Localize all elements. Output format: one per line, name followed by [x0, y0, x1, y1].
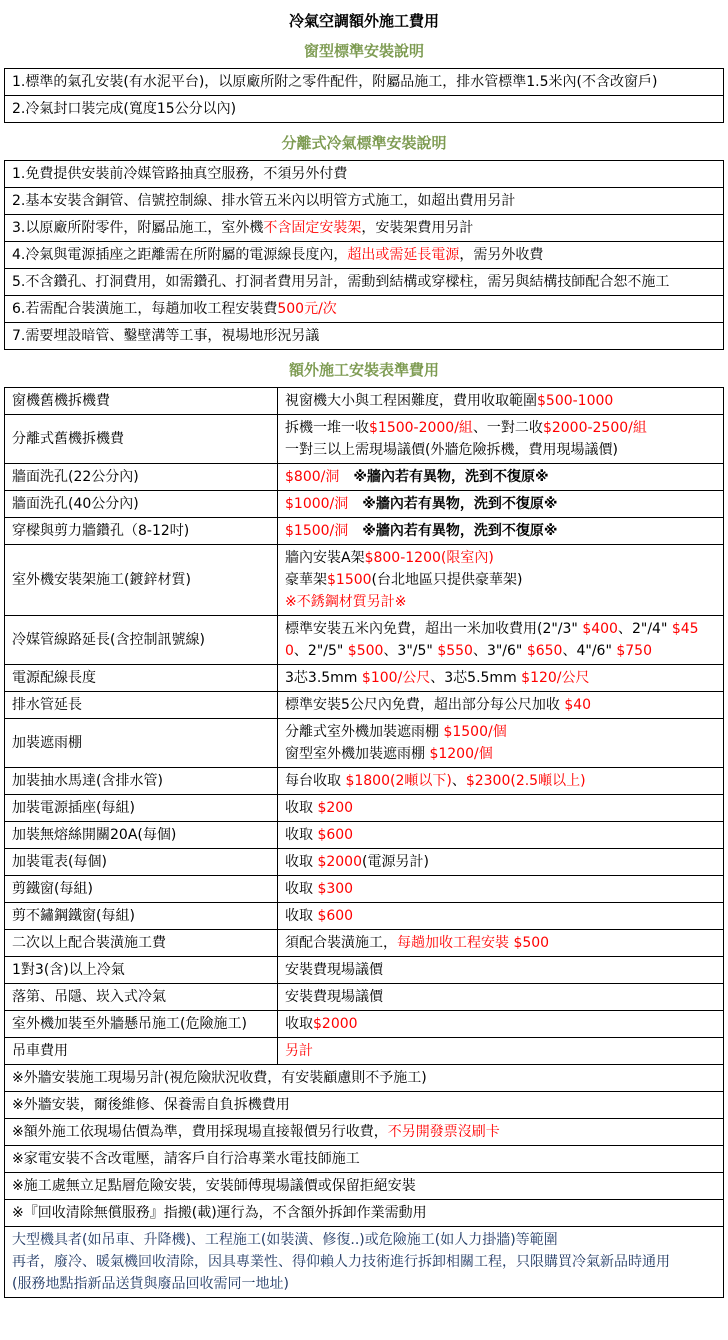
fee-detail-cell: 視窗機大小與工程困難度，費用收取範圍$500-1000 — [278, 388, 724, 415]
text-segment: $400 — [582, 621, 618, 637]
text-segment: 安裝費現場議價 — [285, 989, 383, 1005]
note-cell: ※『回收清除無償服務』指搬(載)運行為，不含額外拆卸作業需動用 — [5, 1200, 724, 1227]
rule-cell: 2.冷氣封口裝完成(寬度15公分以內) — [5, 96, 724, 123]
text-segment: 另計 — [285, 1043, 313, 1059]
fee-item-cell: 加裝電源插座(每組) — [5, 795, 278, 822]
fee-detail-cell: 另計 — [278, 1038, 724, 1065]
text-segment: $600 — [317, 827, 353, 843]
split-install-table: 1.免費提供安裝前冷媒管路抽真空服務，不須另外付費 2.基本安裝含銅管、信號控制… — [4, 160, 724, 350]
fee-item-cell: 穿樑與剪力牆鑽孔（8-12吋) — [5, 518, 278, 545]
text-segment: 6.若需配合裝潢施工，每趟加收工程安裝費 — [12, 301, 277, 317]
rule-cell: 1.標準的氣孔安裝(有水泥平台)，以原廠所附之零件配件，附屬品施工，排水管標準1… — [5, 69, 724, 96]
fee-detail-cell: 標準安裝五米內免費，超出一米加收費用(2"/3" $400、2"/4" $450… — [278, 616, 724, 665]
fee-item-cell: 加裝電表(每個) — [5, 849, 278, 876]
text-segment: 每台收取 — [285, 773, 345, 789]
text-segment: ※外牆安裝，爾後維修、保養需自負拆機費用 — [12, 1097, 290, 1113]
table-row: ※外牆安裝施工現場另計(視危險狀況收費，有安裝顧慮則不予施工) — [5, 1065, 724, 1092]
text-segment: 3.以原廠所附零件，附屬品施工，室外機 — [12, 220, 263, 236]
text-segment: 標準安裝5公尺內免費，超出部分每公尺加收 — [285, 697, 564, 713]
text-segment — [348, 523, 362, 539]
fee-item-cell: 牆面洗孔(22公分內) — [5, 464, 278, 491]
text-segment: 收取 — [285, 1016, 313, 1032]
table-row: 落第、吊隱、崁入式冷氣安裝費現場議價 — [5, 984, 724, 1011]
fee-item-cell: 分離式舊機拆機費 — [5, 415, 278, 464]
text-segment: $2000-2500/組 — [543, 420, 647, 436]
text-segment: ※牆內若有異物，洗到不復原※ — [353, 469, 548, 485]
table-row: ※額外施工依現場估價為準，費用採現場直接報價另行收費，不另開發票沒刷卡 — [5, 1119, 724, 1146]
section-heading-extra-fees: 額外施工安裝表準費用 — [4, 359, 724, 380]
fee-item-cell: 剪鐵窗(每組) — [5, 876, 278, 903]
table-row: ※施工處無立足點層危險安裝，安裝師傅現場議價或保留拒絕安裝 — [5, 1173, 724, 1200]
table-row: 1.標準的氣孔安裝(有水泥平台)，以原廠所附之零件配件，附屬品施工，排水管標準1… — [5, 69, 724, 96]
text-segment: ，安裝架費用另計 — [361, 220, 473, 236]
text-segment: 3芯3.5mm — [285, 670, 362, 686]
text-segment: $1000/洞 — [285, 496, 348, 512]
text-segment: ※額外施工依現場估價為準，費用採現場直接報價另行收費， — [12, 1124, 388, 1140]
text-segment: $750 — [616, 643, 652, 659]
note-cell: ※外牆安裝，爾後維修、保養需自負拆機費用 — [5, 1092, 724, 1119]
table-row: 6.若需配合裝潢施工，每趟加收工程安裝費500元/次 — [5, 296, 724, 323]
text-segment: 、3"/6" — [473, 643, 527, 659]
text-segment: ※牆內若有異物，洗到不復原※ — [362, 523, 557, 539]
fee-item-cell: 加裝遮雨棚 — [5, 719, 278, 768]
rule-cell: 7.需要埋設暗管、鑿壁溝等工事，視場地形況另議 — [5, 323, 724, 350]
text-segment: 超出或需延長電源 — [347, 247, 459, 263]
table-row: 加裝電表(每個)收取 $2000(電源另計) — [5, 849, 724, 876]
rule-cell: 3.以原廠所附零件，附屬品施工，室外機不含固定安裝架，安裝架費用另計 — [5, 215, 724, 242]
table-row: 穿樑與剪力牆鑽孔（8-12吋)$1500/洞 ※牆內若有異物，洗到不復原※ — [5, 518, 724, 545]
table-row: 剪鐵窗(每組)收取 $300 — [5, 876, 724, 903]
fee-detail-cell: $800/洞 ※牆內若有異物，洗到不復原※ — [278, 464, 724, 491]
fee-item-cell: 落第、吊隱、崁入式冷氣 — [5, 984, 278, 1011]
table-row: 室外機加裝至外牆懸吊施工(危險施工)收取$2000 — [5, 1011, 724, 1038]
table-row: 電源配線長度3芯3.5mm $100/公尺、3芯5.5mm $120/公尺 — [5, 665, 724, 692]
fee-item-cell: 1對3(含)以上冷氣 — [5, 957, 278, 984]
fee-detail-cell: 收取$2000 — [278, 1011, 724, 1038]
fee-item-cell: 加裝無熔絲開關20A(每個) — [5, 822, 278, 849]
table-row: 4.冷氣與電源插座之距離需在所附屬的電源線長度內，超出或需延長電源，需另外收費 — [5, 242, 724, 269]
fee-detail-cell: 收取 $2000(電源另計) — [278, 849, 724, 876]
table-row: ※『回收清除無償服務』指搬(載)運行為，不含額外拆卸作業需動用 — [5, 1200, 724, 1227]
text-segment: $2000 — [317, 854, 362, 870]
text-segment: ※家電安裝不含改電壓，請客戶自行洽專業水電技師施工 — [12, 1151, 360, 1167]
note-cell: ※家電安裝不含改電壓，請客戶自行洽專業水電技師施工 — [5, 1146, 724, 1173]
text-segment: $500-1000 — [537, 393, 613, 409]
rule-cell: 2.基本安裝含銅管、信號控制線、排水管五米內以明管方式施工，如超出費用另計 — [5, 188, 724, 215]
note-cell: ※外牆安裝施工現場另計(視危險狀況收費，有安裝顧慮則不予施工) — [5, 1065, 724, 1092]
text-segment: 每趟加收工程安裝 $500 — [397, 935, 549, 951]
fee-detail-cell: $1500/洞 ※牆內若有異物，洗到不復原※ — [278, 518, 724, 545]
text-segment: ※牆內若有異物，洗到不復原※ — [362, 496, 557, 512]
footer-note-cell: 大型機具者(如吊車、升降機)、工程施工(如裝潢、修復..)或危險施工(如人力掛牆… — [5, 1227, 724, 1298]
text-segment: 收取 — [285, 800, 317, 816]
text-segment: ，需另外收費 — [459, 247, 543, 263]
table-row: 5.不含鑽孔、打洞費用，如需鑽孔、打洞者費用另計，需動到結構或穿樑柱，需另與結構… — [5, 269, 724, 296]
table-row: 2.冷氣封口裝完成(寬度15公分以內) — [5, 96, 724, 123]
table-row: 加裝遮雨棚分離式室外機加裝遮雨棚 $1500/個窗型室外機加裝遮雨棚 $1200… — [5, 719, 724, 768]
text-segment: (服務地點指新品送貨與廢品回收需同一地址) — [12, 1276, 289, 1292]
table-row: 吊車費用另計 — [5, 1038, 724, 1065]
text-segment: 牆內安裝A架 — [285, 550, 365, 566]
table-row: 加裝無熔絲開關20A(每個)收取 $600 — [5, 822, 724, 849]
table-row: 7.需要埋設暗管、鑿壁溝等工事，視場地形況另議 — [5, 323, 724, 350]
table-row: 1對3(含)以上冷氣安裝費現場議價 — [5, 957, 724, 984]
text-segment: $1200/個 — [429, 746, 492, 762]
fee-item-cell: 吊車費用 — [5, 1038, 278, 1065]
text-segment: $800/洞 — [285, 469, 339, 485]
text-segment: 、2"/5" — [294, 643, 348, 659]
text-segment: $600 — [317, 908, 353, 924]
text-segment: 大型機具者(如吊車、升降機)、工程施工(如裝潢、修復..)或危險施工(如人力掛牆… — [12, 1232, 558, 1248]
text-segment: $40 — [564, 697, 591, 713]
text-segment: 收取 — [285, 854, 317, 870]
text-segment — [348, 496, 362, 512]
text-segment: ※『回收清除無償服務』指搬(載)運行為，不含額外拆卸作業需動用 — [12, 1205, 427, 1221]
fee-item-cell: 室外機安裝架施工(鍍鋅材質) — [5, 545, 278, 616]
text-segment: 5.不含鑽孔、打洞費用，如需鑽孔、打洞者費用另計，需動到結構或穿樑柱，需另與結構… — [12, 274, 669, 290]
note-cell: ※施工處無立足點層危險安裝，安裝師傅現場議價或保留拒絕安裝 — [5, 1173, 724, 1200]
fee-detail-cell: 分離式室外機加裝遮雨棚 $1500/個窗型室外機加裝遮雨棚 $1200/個 — [278, 719, 724, 768]
text-segment: $200 — [317, 800, 353, 816]
text-segment: 一對三以上需現場議價(外牆危險拆機，費用現場議價) — [285, 442, 618, 458]
text-segment: 須配合裝潢施工， — [285, 935, 397, 951]
fee-item-cell: 室外機加裝至外牆懸吊施工(危險施工) — [5, 1011, 278, 1038]
text-segment: 豪華架 — [285, 572, 327, 588]
text-segment: 2.冷氣封口裝完成(寬度15公分以內) — [12, 101, 236, 117]
text-segment: $800-1200(限室內) — [365, 550, 494, 566]
rule-cell: 6.若需配合裝潢施工，每趟加收工程安裝費500元/次 — [5, 296, 724, 323]
table-row: ※外牆安裝，爾後維修、保養需自負拆機費用 — [5, 1092, 724, 1119]
text-segment: 、一對二收 — [473, 420, 543, 436]
text-segment: ※施工處無立足點層危險安裝，安裝師傅現場議價或保留拒絕安裝 — [12, 1178, 416, 1194]
fee-detail-cell: 收取 $300 — [278, 876, 724, 903]
rule-cell: 4.冷氣與電源插座之距離需在所附屬的電源線長度內，超出或需延長電源，需另外收費 — [5, 242, 724, 269]
text-segment: $1500 — [327, 572, 372, 588]
fee-item-cell: 剪不鏽鋼鐵窗(每組) — [5, 903, 278, 930]
table-row: 3.以原廠所附零件，附屬品施工，室外機不含固定安裝架，安裝架費用另計 — [5, 215, 724, 242]
note-cell: ※額外施工依現場估價為準，費用採現場直接報價另行收費，不另開發票沒刷卡 — [5, 1119, 724, 1146]
text-segment: $120/公尺 — [521, 670, 589, 686]
text-segment: $650 — [527, 643, 563, 659]
fee-item-cell: 窗機舊機拆機費 — [5, 388, 278, 415]
text-segment: 7.需要埋設暗管、鑿壁溝等工事，視場地形況另議 — [12, 328, 319, 344]
text-segment: $2000 — [313, 1016, 358, 1032]
fee-detail-cell: 收取 $600 — [278, 903, 724, 930]
fee-item-cell: 排水管延長 — [5, 692, 278, 719]
text-segment: (台北地區只提供豪華架) — [372, 572, 523, 588]
text-segment: $1800(2噸以下) — [345, 773, 451, 789]
text-segment: $500 — [348, 643, 384, 659]
fee-detail-cell: 標準安裝5公尺內免費，超出部分每公尺加收 $40 — [278, 692, 724, 719]
fee-item-cell: 冷媒管線路延長(含控制訊號線) — [5, 616, 278, 665]
fee-detail-cell: 安裝費現場議價 — [278, 984, 724, 1011]
text-segment: 拆機一堆一收 — [285, 420, 369, 436]
text-segment: $1500/個 — [443, 724, 506, 740]
fee-detail-cell: $1000/洞 ※牆內若有異物，洗到不復原※ — [278, 491, 724, 518]
table-row: ※家電安裝不含改電壓，請客戶自行洽專業水電技師施工 — [5, 1146, 724, 1173]
text-segment: ※不銹鋼材質另計※ — [285, 594, 406, 610]
fee-item-cell: 電源配線長度 — [5, 665, 278, 692]
text-segment: 、3芯5.5mm — [430, 670, 521, 686]
text-segment: 1.免費提供安裝前冷媒管路抽真空服務，不須另外付費 — [12, 166, 347, 182]
table-row: 分離式舊機拆機費拆機一堆一收$1500-2000/組、一對二收$2000-250… — [5, 415, 724, 464]
fee-detail-cell: 安裝費現場議價 — [278, 957, 724, 984]
text-segment: 不另開發票沒刷卡 — [388, 1124, 500, 1140]
table-row: 加裝電源插座(每組)收取 $200 — [5, 795, 724, 822]
table-row: 大型機具者(如吊車、升降機)、工程施工(如裝潢、修復..)或危險施工(如人力掛牆… — [5, 1227, 724, 1298]
table-row: 2.基本安裝含銅管、信號控制線、排水管五米內以明管方式施工，如超出費用另計 — [5, 188, 724, 215]
fee-detail-cell: 須配合裝潢施工，每趟加收工程安裝 $500 — [278, 930, 724, 957]
page-title: 冷氣空調額外施工費用 — [4, 10, 724, 31]
table-row: 加裝抽水馬達(含排水管)每台收取 $1800(2噸以下)、$2300(2.5噸以… — [5, 768, 724, 795]
fee-detail-cell: 收取 $600 — [278, 822, 724, 849]
text-segment: $100/公尺 — [362, 670, 430, 686]
fee-detail-cell: 牆內安裝A架$800-1200(限室內)豪華架$1500(台北地區只提供豪華架)… — [278, 545, 724, 616]
table-row: 窗機舊機拆機費視窗機大小與工程困難度，費用收取範圍$500-1000 — [5, 388, 724, 415]
table-row: 二次以上配合裝潢施工費須配合裝潢施工，每趟加收工程安裝 $500 — [5, 930, 724, 957]
fee-detail-cell: 每台收取 $1800(2噸以下)、$2300(2.5噸以上) — [278, 768, 724, 795]
text-segment: 2.基本安裝含銅管、信號控制線、排水管五米內以明管方式施工，如超出費用另計 — [12, 193, 515, 209]
text-segment: $1500-2000/組 — [369, 420, 473, 436]
table-row: 冷媒管線路延長(含控制訊號線)標準安裝五米內免費，超出一米加收費用(2"/3" … — [5, 616, 724, 665]
text-segment: 不含固定安裝架 — [263, 220, 361, 236]
fee-item-cell: 二次以上配合裝潢施工費 — [5, 930, 278, 957]
extra-fees-table: 窗機舊機拆機費視窗機大小與工程困難度，費用收取範圍$500-1000 分離式舊機… — [4, 387, 724, 1298]
table-row: 1.免費提供安裝前冷媒管路抽真空服務，不須另外付費 — [5, 161, 724, 188]
text-segment: 收取 — [285, 908, 317, 924]
text-segment: 4.冷氣與電源插座之距離需在所附屬的電源線長度內， — [12, 247, 347, 263]
table-row: 牆面洗孔(40公分內)$1000/洞 ※牆內若有異物，洗到不復原※ — [5, 491, 724, 518]
table-row: 牆面洗孔(22公分內)$800/洞 ※牆內若有異物，洗到不復原※ — [5, 464, 724, 491]
text-segment: 分離式室外機加裝遮雨棚 — [285, 724, 443, 740]
fee-detail-cell: 3芯3.5mm $100/公尺、3芯5.5mm $120/公尺 — [278, 665, 724, 692]
text-segment: $550 — [437, 643, 473, 659]
window-install-table: 1.標準的氣孔安裝(有水泥平台)，以原廠所附之零件配件，附屬品施工，排水管標準1… — [4, 68, 724, 123]
text-segment: $2300(2.5噸以上) — [466, 773, 586, 789]
text-segment: 安裝費現場議價 — [285, 962, 383, 978]
text-segment: $1500/洞 — [285, 523, 348, 539]
fee-detail-cell: 收取 $200 — [278, 795, 724, 822]
fee-detail-cell: 拆機一堆一收$1500-2000/組、一對二收$2000-2500/組一對三以上… — [278, 415, 724, 464]
section-heading-split-install: 分離式冷氣標準安裝說明 — [4, 132, 724, 153]
text-segment: (電源另計) — [362, 854, 429, 870]
text-segment: 窗型室外機加裝遮雨棚 — [285, 746, 429, 762]
text-segment: 收取 — [285, 827, 317, 843]
text-segment: 視窗機大小與工程困難度，費用收取範圍 — [285, 393, 537, 409]
table-row: 剪不鏽鋼鐵窗(每組)收取 $600 — [5, 903, 724, 930]
rule-cell: 5.不含鑽孔、打洞費用，如需鑽孔、打洞者費用另計，需動到結構或穿樑柱，需另與結構… — [5, 269, 724, 296]
text-segment: 1.標準的氣孔安裝(有水泥平台)，以原廠所附之零件配件，附屬品施工，排水管標準1… — [12, 74, 657, 90]
fee-document: 冷氣空調額外施工費用 窗型標準安裝說明 1.標準的氣孔安裝(有水泥平台)，以原廠… — [0, 0, 728, 1304]
text-segment: 500元/次 — [277, 301, 336, 317]
section-heading-window-install: 窗型標準安裝說明 — [4, 40, 724, 61]
table-row: 室外機安裝架施工(鍍鋅材質)牆內安裝A架$800-1200(限室內)豪華架$15… — [5, 545, 724, 616]
table-row: 排水管延長標準安裝5公尺內免費，超出部分每公尺加收 $40 — [5, 692, 724, 719]
text-segment: ※外牆安裝施工現場另計(視危險狀況收費，有安裝顧慮則不予施工) — [12, 1070, 427, 1086]
fee-item-cell: 加裝抽水馬達(含排水管) — [5, 768, 278, 795]
rule-cell: 1.免費提供安裝前冷媒管路抽真空服務，不須另外付費 — [5, 161, 724, 188]
text-segment: 再者，廢冷、暖氣機回收清除，因具專業性、得仰賴人力技術進行拆卸相關工程，只限購買… — [12, 1254, 670, 1270]
text-segment: 、4"/6" — [562, 643, 616, 659]
text-segment: 、 — [452, 773, 466, 789]
text-segment: 標準安裝五米內免費，超出一米加收費用(2"/3" — [285, 621, 582, 637]
text-segment: 、2"/4" — [618, 621, 672, 637]
text-segment: 、3"/5" — [383, 643, 437, 659]
text-segment — [339, 469, 353, 485]
text-segment: $300 — [317, 881, 353, 897]
text-segment: 收取 — [285, 881, 317, 897]
fee-item-cell: 牆面洗孔(40公分內) — [5, 491, 278, 518]
